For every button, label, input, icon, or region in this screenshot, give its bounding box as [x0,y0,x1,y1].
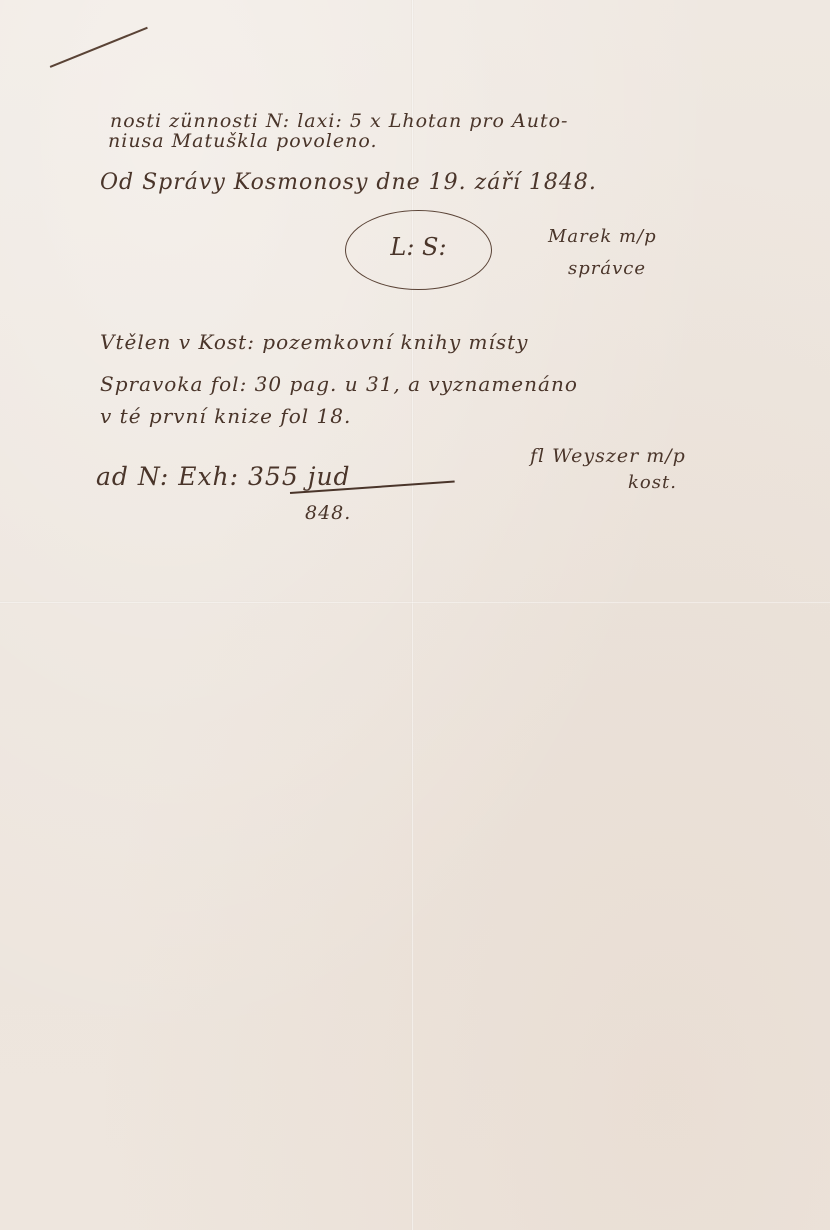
horizontal-fold-line [0,601,830,604]
date-line: Od Správy Kosmonosy dne 19. září 1848. [100,170,597,195]
signature-title-1: správce [568,258,646,279]
text-line-5: Spravoka fol: 30 pag. u 31, a vyznamenán… [100,372,578,396]
seal-text: L: S: [346,233,491,261]
signature-name-2: fl Weyszer m/p [530,445,686,467]
text-line-6: v té první knize fol 18. [100,404,351,428]
seal-stamp: L: S: [345,210,492,290]
exhibit-reference: ad N: Exh: 355 jud [96,462,351,491]
signature-name-1: Marek m/p [548,226,657,247]
signature-title-2: kost. [628,472,677,493]
exhibit-year: 848. [305,502,351,524]
text-line-4: Vtělen v Kost: pozemkovní knihy místy [100,330,528,354]
text-line-2: niusa Matuškla povoleno. [108,130,378,152]
text-line-1: nosti zünnosti N: laxi: 5 x Lhotan pro A… [110,110,568,132]
